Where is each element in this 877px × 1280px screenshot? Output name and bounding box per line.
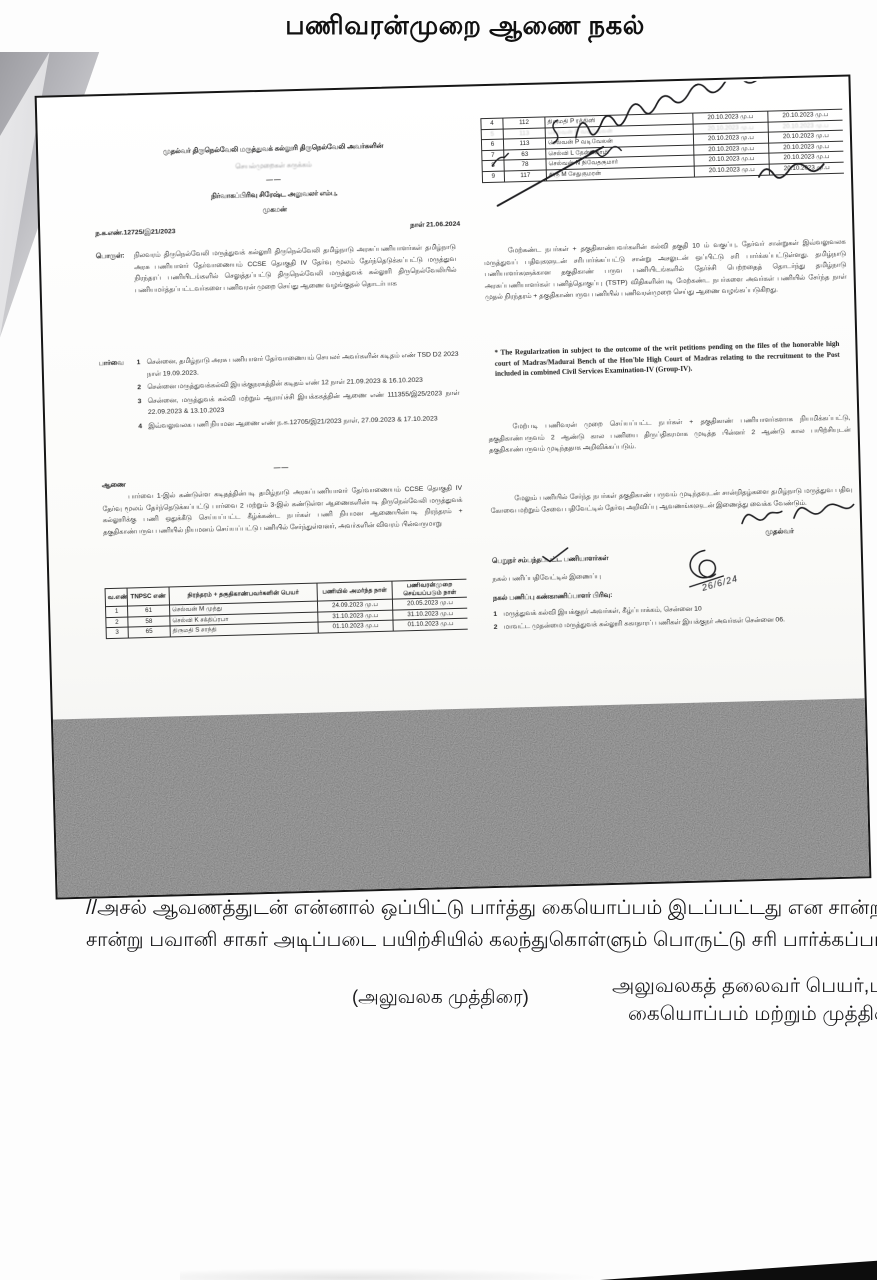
- signature-scribble-stamp: [677, 542, 739, 604]
- table-cell: 3: [106, 627, 128, 638]
- office-seal-label: (அலுவலக முத்திரை): [352, 986, 529, 1010]
- officer-signature-line: கையொப்பம் மற்றும் முத்தின: [628, 1003, 877, 1028]
- copy-line-1: நகல் பணிப்பதிவேட்டில் இணைப்பு: [492, 565, 822, 585]
- regularization-table-left: வ.எண்TNPSC எண்நிரந்தரம் + தகுதிகாண்பவர்க…: [105, 579, 469, 680]
- table-cell: 01.10.2023 மு.ப: [318, 620, 393, 633]
- certification-line-1: //அசல் ஆவணத்துடன் என்னால் ஒப்பிட்டு பார்…: [86, 897, 877, 922]
- photo-bottom-smudge: [180, 1268, 600, 1280]
- table-header-cell: பணிவரன்முறை செய்யப்படும் நாள்: [392, 579, 467, 599]
- officer-name-line: அலுவலகத் தலைவர் பெயர்,பத: [612, 975, 877, 1000]
- recipients-block: பெறுநர் சம்பந்தப்பட்ட பணியாளர்கள் நகல் ப…: [492, 547, 825, 676]
- doc-ref-number: ந.க.எண்.12725/இ21/2023: [95, 223, 295, 240]
- doc-date: நாள் 21.06.2024: [370, 219, 460, 233]
- table-header-cell: TNPSC எண்: [127, 587, 169, 606]
- subject-label: பொருள்:: [96, 251, 125, 263]
- reference-number: 2: [137, 382, 147, 394]
- table-header-cell: வ.எண்: [105, 588, 127, 607]
- subject-text: நிலவரம் திருநெல்வேலி மருத்துவக் கல்லூரி …: [134, 242, 457, 296]
- photo-bottom-wedge: [600, 1256, 877, 1280]
- handwritten-annotation: [457, 79, 851, 239]
- handwritten-tick: [490, 151, 512, 170]
- reference-number: 3: [138, 395, 149, 418]
- references-block: பார்வை 1 சென்னை, தமிழ்நாடு அரசு பணியாளர்…: [99, 349, 462, 466]
- certification-line-2: சான்று பவானி சாகர் அடிப்படை பயிற்சியில் …: [86, 929, 877, 954]
- reference-number: 4: [138, 420, 148, 432]
- handwritten-checkmark: [541, 546, 571, 563]
- order-text: பார்வை 1-இல் கண்டுள்ள கடிதத்தின்படி தமிழ…: [102, 483, 464, 584]
- screenshot-root: பணிவரன்முறை ஆணை நகல் முதல்வர் திருநெல்வே…: [0, 0, 877, 1280]
- table-cell: 2: [106, 617, 128, 628]
- english-writ-note: * The Regularization in subject to the o…: [494, 339, 841, 416]
- order-paragraph-3: மேற்படி பணிவரன் முறை செய்யப்பட்ட நபர்கள்…: [488, 413, 852, 488]
- table-cell: 65: [128, 626, 170, 638]
- table-cell: 1: [106, 606, 128, 617]
- scanned-document: முதல்வர் திருநெல்வேலி மருத்துவக் கல்லூரி…: [35, 74, 872, 899]
- table-header-cell: பணியில் அமர்ந்த நாள்: [317, 581, 392, 601]
- signature-scribble-principal: [737, 494, 858, 533]
- order-paragraph-1: மேற்கண்ட நபர்கள் + தகுதிகாண்பவர்களின் கல…: [484, 237, 848, 342]
- table-cell: 01.10.2023 மு.ப: [393, 619, 468, 632]
- page-title: பணிவரன்முறை ஆணை நகல்: [55, 10, 875, 44]
- reference-number: 1: [136, 357, 147, 380]
- references-label: பார்வை: [99, 358, 124, 370]
- underexposed-scan-area: [53, 698, 869, 897]
- copy-recipient-number: 2: [494, 622, 504, 634]
- copy-recipient-number: 1: [493, 608, 503, 620]
- subject-block: பொருள்: நிலவரம் திருநெல்வேலி மருத்துவக் …: [96, 242, 459, 355]
